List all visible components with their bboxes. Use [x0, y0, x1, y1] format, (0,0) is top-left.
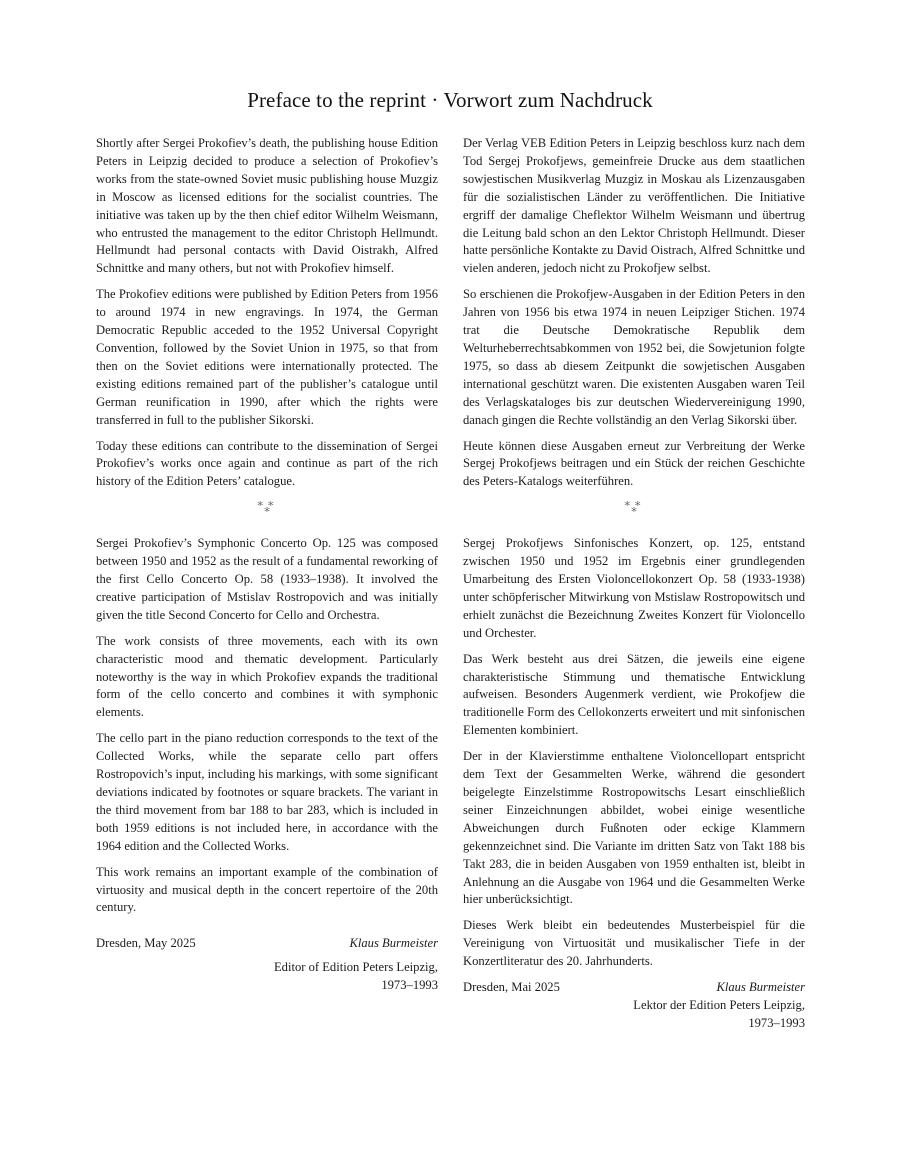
- paragraph: Dieses Werk bleibt ein bedeutendes Muste…: [463, 917, 805, 971]
- page-title: Preface to the reprint · Vorwort zum Nac…: [0, 88, 900, 113]
- author-role-years: 1973–1993: [463, 1015, 805, 1033]
- signature-row: Dresden, Mai 2025 Klaus Burmeister: [463, 979, 805, 997]
- paragraph: The Prokofiev editions were published by…: [96, 286, 438, 429]
- author-name: Klaus Burmeister: [349, 935, 438, 953]
- english-column: Shortly after Sergei Prokofiev’s death, …: [96, 135, 438, 995]
- paragraph: Shortly after Sergei Prokofiev’s death, …: [96, 135, 438, 278]
- asterisk-icon: ∗: [96, 505, 438, 515]
- signature-row: Dresden, May 2025 Klaus Burmeister: [96, 935, 438, 953]
- section-separator-asterism: ∗∗ ∗: [96, 499, 438, 529]
- paragraph: This work remains an important example o…: [96, 864, 438, 918]
- place-date: Dresden, Mai 2025: [463, 979, 560, 997]
- section-separator-asterism: ∗∗ ∗: [463, 499, 805, 529]
- author-name: Klaus Burmeister: [716, 979, 805, 997]
- paragraph: Sergei Prokofiev’s Symphonic Concerto Op…: [96, 535, 438, 625]
- author-role-line: Lektor der Edition Peters Leipzig,: [463, 997, 805, 1015]
- paragraph: Heute können diese Ausgaben erneut zur V…: [463, 438, 805, 492]
- paragraph: Der Verlag VEB Edition Peters in Leipzig…: [463, 135, 805, 278]
- paragraph: Das Werk besteht aus drei Sätzen, die je…: [463, 651, 805, 741]
- german-column: Der Verlag VEB Edition Peters in Leipzig…: [463, 135, 805, 1033]
- paragraph: Sergej Prokofjews Sinfonisches Konzert, …: [463, 535, 805, 642]
- paragraph: So erschienen die Prokofjew-Ausgaben in …: [463, 286, 805, 429]
- paragraph: The work consists of three movements, ea…: [96, 633, 438, 723]
- author-role-years: 1973–1993: [96, 977, 438, 995]
- paragraph: Der in der Klavierstimme enthaltene Viol…: [463, 748, 805, 909]
- author-role-line: Editor of Edition Peters Leipzig,: [96, 959, 438, 977]
- paragraph: The cello part in the piano reduction co…: [96, 730, 438, 855]
- place-date: Dresden, May 2025: [96, 935, 196, 953]
- author-role: Editor of Edition Peters Leipzig, 1973–1…: [96, 959, 438, 995]
- paragraph: Today these editions can contribute to t…: [96, 438, 438, 492]
- author-role: Lektor der Edition Peters Leipzig, 1973–…: [463, 997, 805, 1033]
- asterisk-icon: ∗: [463, 505, 805, 515]
